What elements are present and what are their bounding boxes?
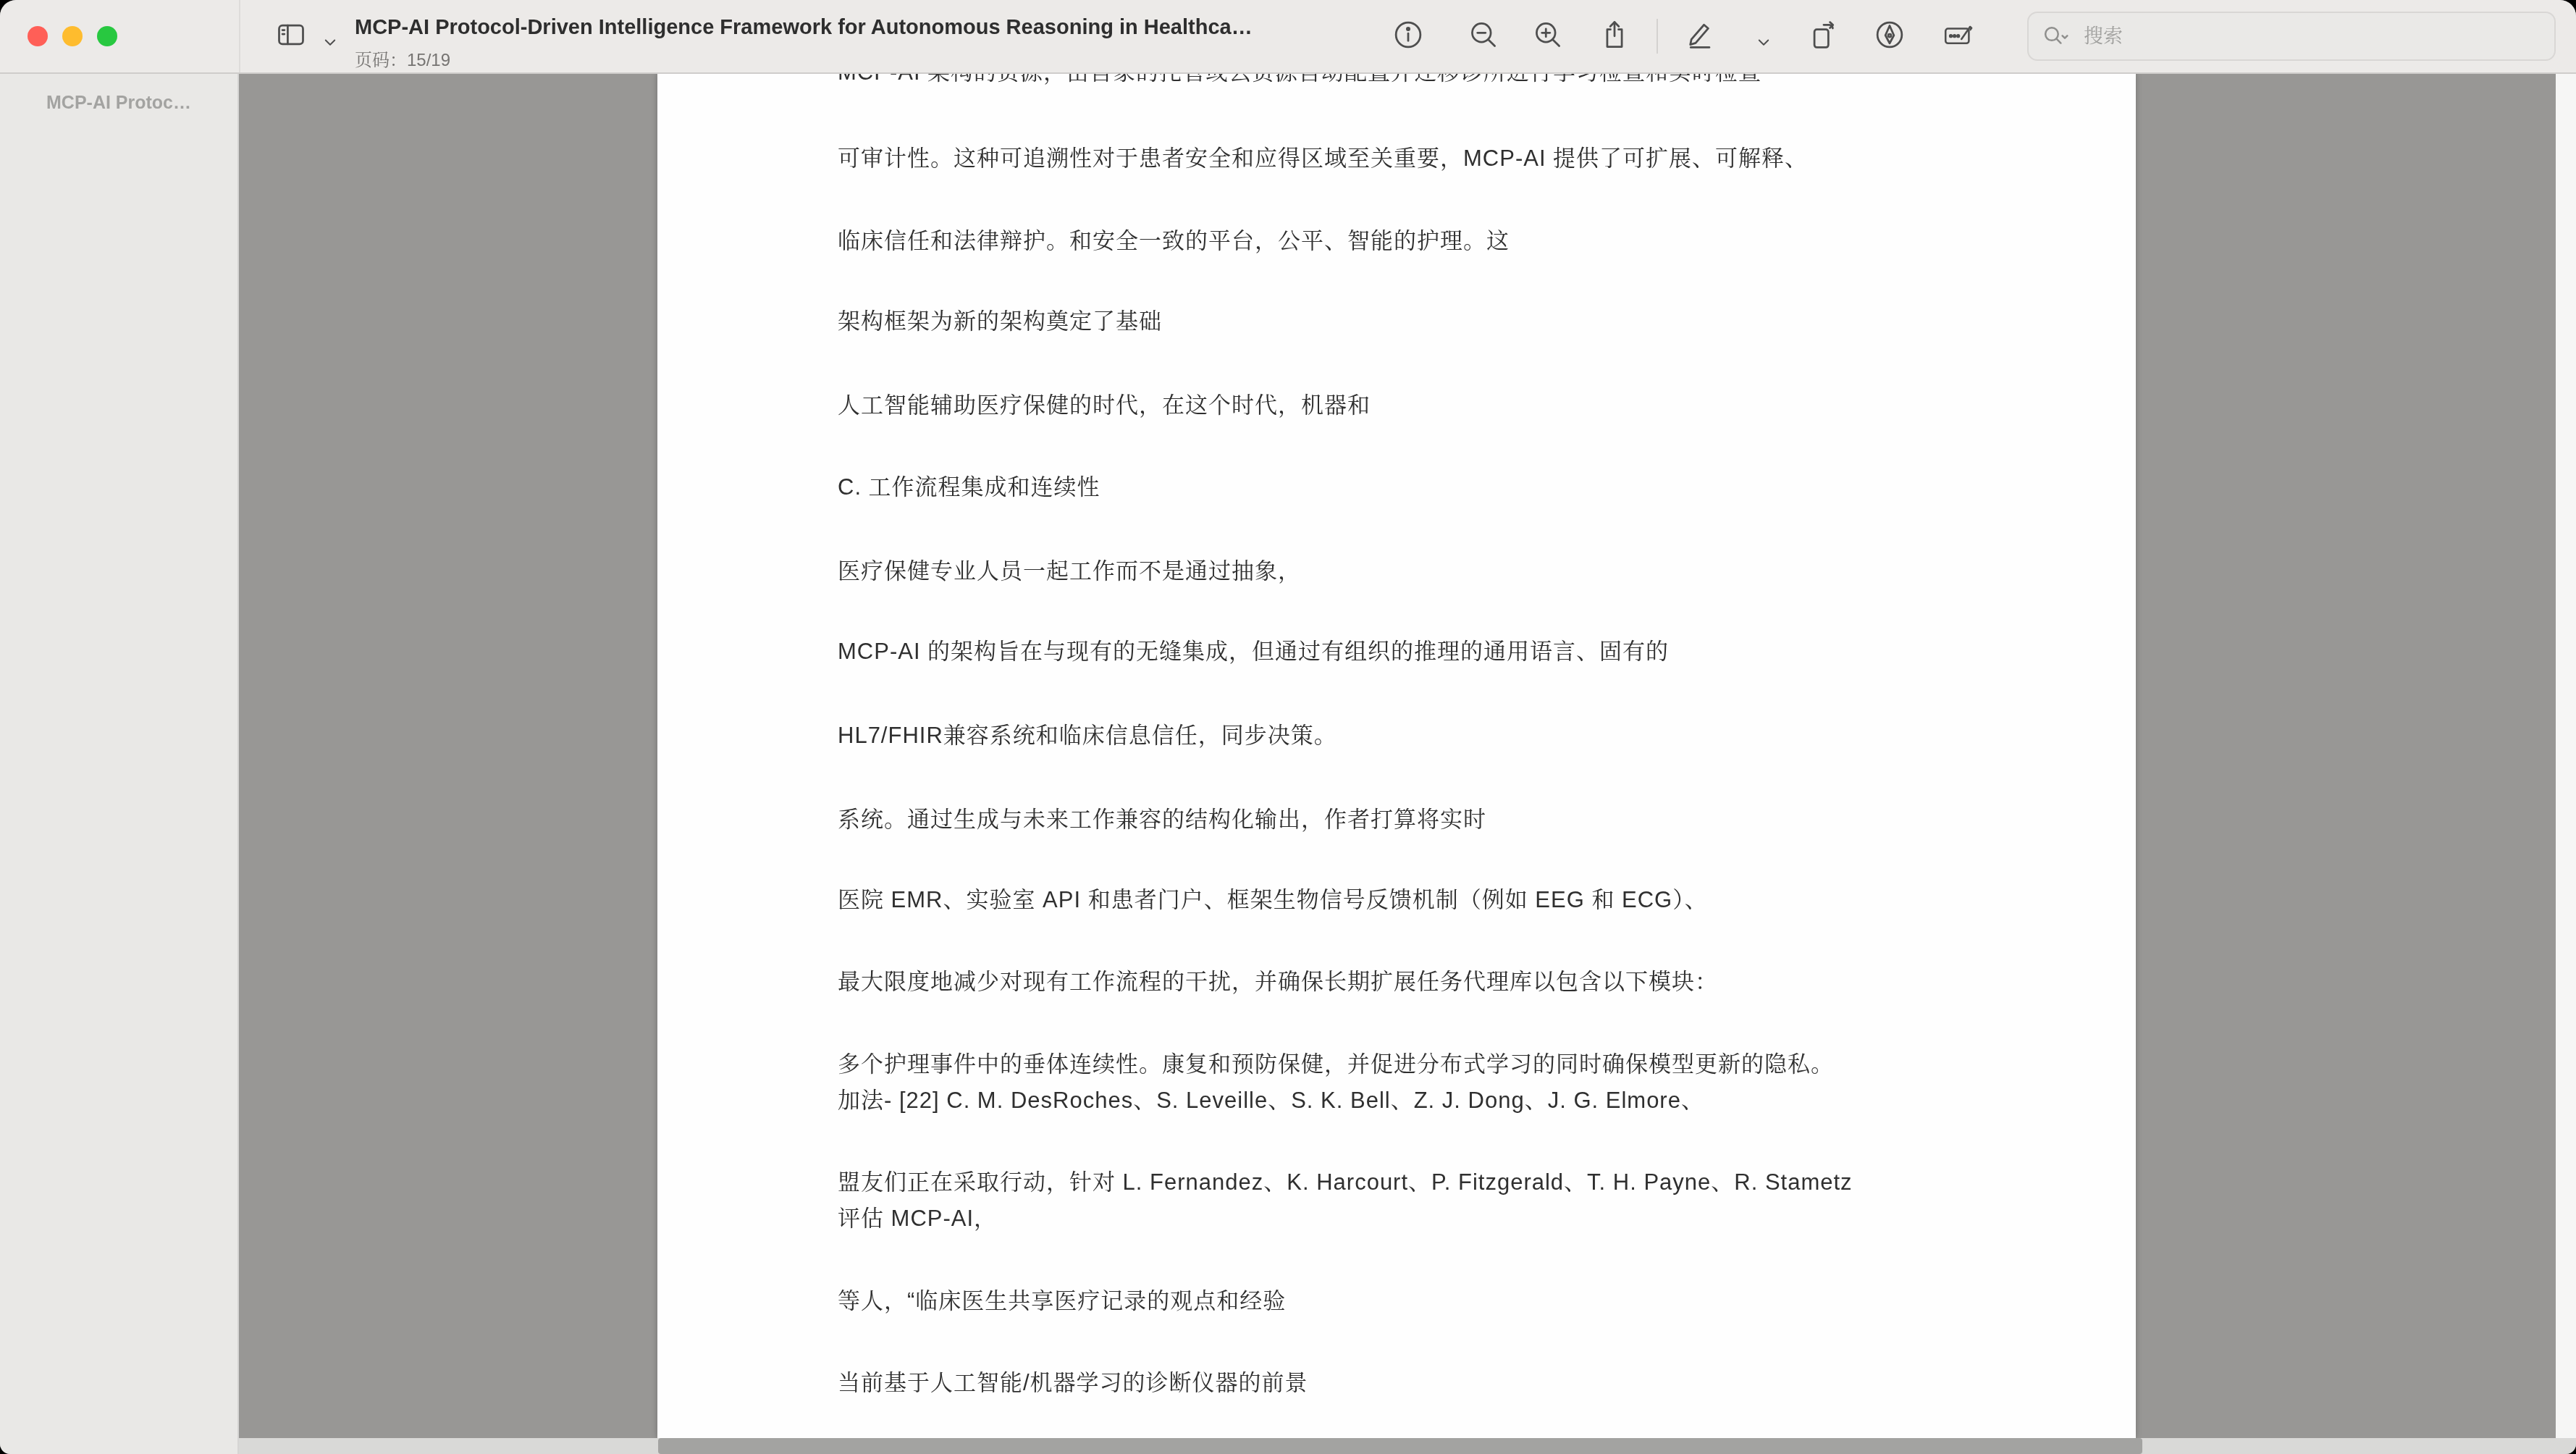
search-field[interactable] (2027, 12, 2556, 61)
close-button[interactable] (28, 26, 48, 46)
document-line: 当前基于人工智能/机器学习的诊断仪器的前景 (838, 1366, 1308, 1399)
markup-pencil-icon[interactable] (1683, 17, 1718, 52)
zoom-in-icon[interactable] (1531, 17, 1565, 52)
document-line: 等人，“临床医生共享医疗记录的观点和经验 (838, 1285, 1286, 1317)
pdf-page: MCP-AI 架构的资源，由自家的托管或云资源自动配置并迁移诊所进行学习检查和实… (657, 72, 2136, 1438)
pen-nib-icon[interactable] (1872, 17, 1907, 52)
sidebar-chevron-icon[interactable] (313, 25, 348, 59)
toolbar-separator (1657, 19, 1658, 54)
info-icon[interactable] (1391, 17, 1426, 52)
rotate-icon[interactable] (1806, 17, 1840, 52)
document-line: 系统。通过生成与未来工作兼容的结构化输出，作者打算将实时 (838, 803, 1486, 836)
horizontal-scrollbar-thumb[interactable] (658, 1438, 2142, 1454)
document-line: C. 工作流程集成和连续性 (838, 471, 1100, 503)
traffic-lights (28, 26, 117, 46)
document-line: 盟友们正在采取行动，针对 L. Fernandez、K. Harcourt、P.… (838, 1166, 1853, 1198)
document-line: 架构框架为新的架构奠定了基础 (838, 305, 1162, 337)
title-block: MCP-AI Protocol-Driven Intelligence Fram… (355, 16, 1260, 71)
document-view: MCP-AI 架构的资源，由自家的托管或云资源自动配置并迁移诊所进行学习检查和实… (239, 72, 2576, 1454)
document-line: 临床信任和法律辩护。和安全一致的平台，公平、智能的护理。这 (838, 224, 1510, 257)
titlebar: MCP-AI Protocol-Driven Intelligence Fram… (0, 0, 2576, 74)
document-line: 多个护理事件中的垂体连续性。康复和预防保健，并促进分布式学习的同时确保模型更新的… (838, 1048, 1834, 1080)
window-title: MCP-AI Protocol-Driven Intelligence Fram… (355, 16, 1260, 40)
sidebar-toggle-icon[interactable] (274, 17, 308, 52)
zoom-button[interactable] (97, 26, 117, 46)
minimize-button[interactable] (62, 26, 83, 46)
sidebar: MCP-AI Protoc… (0, 72, 239, 1454)
sidebar-document-label[interactable]: MCP-AI Protoc… (0, 93, 237, 114)
document-line: 医疗保健专业人员一起工作而不是通过抽象， (838, 555, 1301, 587)
document-line: 评估 MCP-AI， (838, 1202, 997, 1235)
zoom-out-icon[interactable] (1466, 17, 1501, 52)
document-line: 加法- [22] C. M. DesRoches、S. Leveille、S. … (838, 1084, 1704, 1117)
page-indicator: 页码：15/19 (355, 46, 1260, 71)
search-input[interactable] (2082, 25, 2520, 49)
horizontal-scrollbar[interactable] (239, 1438, 2576, 1454)
document-line: 可审计性。这种可追溯性对于患者安全和应得区域至关重要，MCP-AI 提供了可扩展… (838, 142, 1808, 175)
signature-field-icon[interactable] (1941, 17, 1976, 52)
search-icon (2042, 23, 2074, 49)
sidebar-divider (239, 0, 240, 72)
markup-chevron-icon[interactable] (1746, 25, 1781, 59)
preview-window: MCP-AI Protocol-Driven Intelligence Fram… (0, 0, 2576, 1454)
document-line: 最大限度地减少对现有工作流程的干扰，并确保长期扩展任务代理库以包含以下模块： (838, 965, 1718, 998)
document-line: MCP-AI 的架构旨在与现有的无缝集成，但通过有组织的推理的通用语言、固有的 (838, 635, 1669, 668)
document-line: 医院 EMR、实验室 API 和患者门户、框架生物信号反馈机制（例如 EEG 和… (838, 883, 1708, 916)
document-line: 人工智能辅助医疗保健的时代，在这个时代，机器和 (838, 389, 1371, 421)
document-line: HL7/FHIR兼容系统和临床信息信任，同步决策。 (838, 719, 1337, 752)
document-line-clipped: MCP-AI 架构的资源，由自家的托管或云资源自动配置并迁移诊所进行学习检查和实… (838, 72, 1761, 88)
vertical-scrollbar-track[interactable] (2556, 72, 2576, 1438)
share-icon[interactable] (1597, 17, 1632, 52)
